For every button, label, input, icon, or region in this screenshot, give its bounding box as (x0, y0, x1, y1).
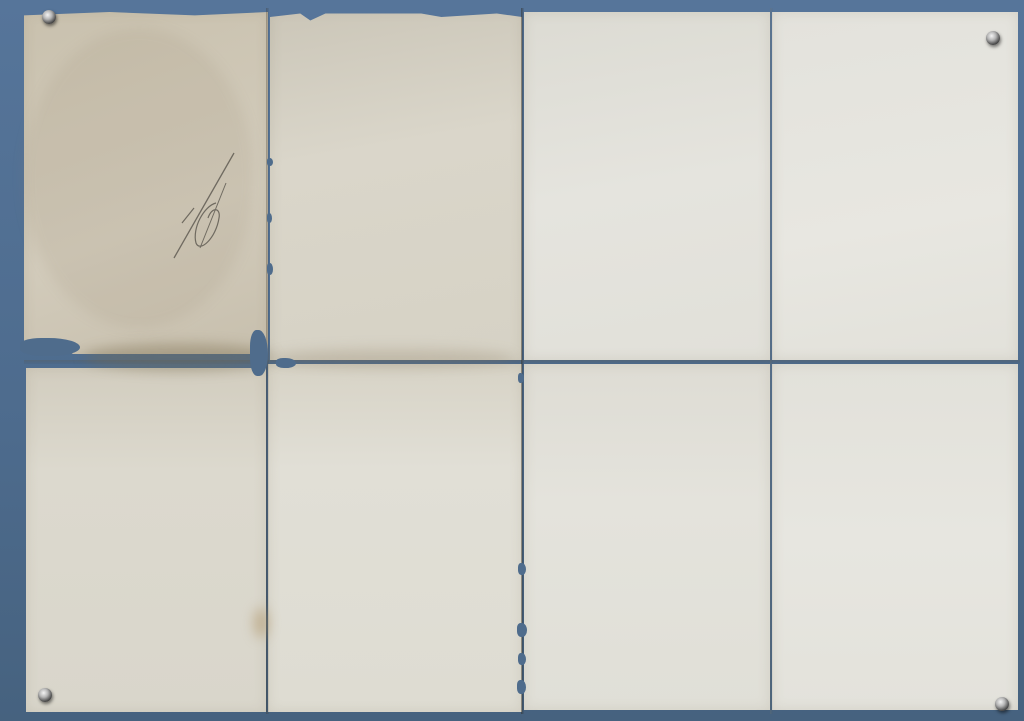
handwritten-pencil-mark (164, 148, 244, 263)
panel-top-4 (772, 12, 1018, 360)
tear-hole (518, 653, 526, 665)
panel-top-3 (524, 12, 770, 360)
tear-hole (518, 373, 524, 383)
tear-hole (20, 338, 80, 356)
pin-bottom-right (995, 697, 1009, 711)
panel-top-2 (270, 10, 522, 360)
folded-poster (24, 8, 1020, 714)
pin-bottom-left (38, 688, 52, 702)
panel-bottom-4 (772, 364, 1018, 710)
pin-top-right (986, 31, 1000, 45)
panel-bottom-2 (268, 364, 522, 712)
panel-bottom-1 (26, 368, 266, 712)
tear-hole (267, 263, 273, 275)
panel-bottom-3 (524, 364, 770, 710)
tear-hole (267, 158, 273, 166)
edge-stain (254, 608, 268, 638)
tear-hole (517, 623, 527, 637)
fold-stain (274, 348, 514, 368)
tear-hole (517, 680, 526, 694)
tear-hole (276, 358, 296, 368)
tear-hole (250, 330, 268, 376)
fold-stain (84, 343, 274, 371)
tear-hole (518, 563, 526, 575)
tear-hole (267, 213, 272, 223)
pin-top-left (42, 10, 56, 24)
